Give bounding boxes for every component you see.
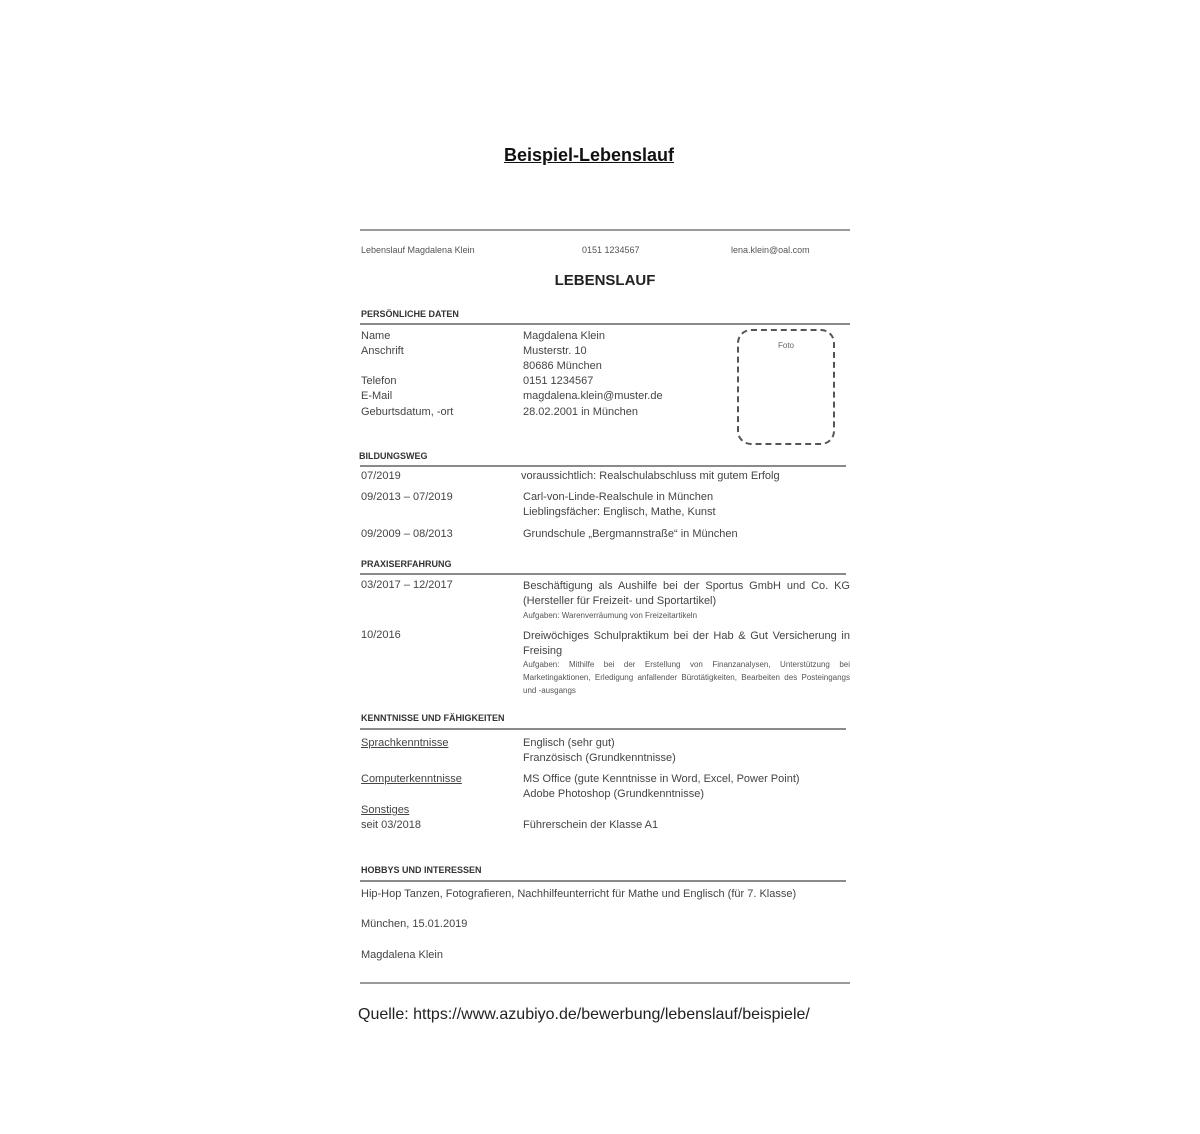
education-text: voraussichtlich: Realschulabschluss mit … xyxy=(521,470,780,482)
computer-item: MS Office (gute Kenntnisse in Word, Exce… xyxy=(523,773,800,785)
education-text: Carl-von-Linde-Realschule in München xyxy=(523,491,713,503)
label-address: Anschrift xyxy=(361,345,404,357)
photo-placeholder: Foto xyxy=(737,329,835,445)
label-name: Name xyxy=(361,330,390,342)
education-text: Grundschule „Bergmannstraße“ in München xyxy=(523,528,738,540)
value-street: Musterstr. 10 xyxy=(523,345,587,357)
value-city: 80686 München xyxy=(523,360,602,372)
language-item: Französisch (Grundkenntnisse) xyxy=(523,752,676,764)
label-computer: Computerkenntnisse xyxy=(361,773,462,785)
experience-text: Beschäftigung als Aushilfe bei der Sport… xyxy=(523,579,850,609)
header-name: Lebenslauf Magdalena Klein xyxy=(361,245,475,255)
education-date: 07/2019 xyxy=(361,470,401,482)
source-citation: Quelle: https://www.azubiyo.de/bewerbung… xyxy=(358,1006,810,1024)
bottom-divider xyxy=(360,982,850,984)
value-name: Magdalena Klein xyxy=(523,330,605,342)
section-divider xyxy=(360,465,846,467)
header-phone: 0151 1234567 xyxy=(582,245,640,255)
section-divider xyxy=(360,323,850,325)
section-title-skills: KENNTNISSE UND FÄHIGKEITEN xyxy=(361,713,505,723)
section-title-education: BILDUNGSWEG xyxy=(359,451,428,461)
value-phone: 0151 1234567 xyxy=(523,375,593,387)
section-title-personal: PERSÖNLICHE DATEN xyxy=(361,309,459,319)
label-languages: Sprachkenntnisse xyxy=(361,737,448,749)
top-divider xyxy=(360,229,850,231)
experience-tasks: Aufgaben: Warenverräumung von Freizeitar… xyxy=(523,609,850,622)
language-item: Englisch (sehr gut) xyxy=(523,737,615,749)
value-birth: 28.02.2001 in München xyxy=(523,406,638,418)
computer-item: Adobe Photoshop (Grundkenntnisse) xyxy=(523,788,704,800)
section-divider xyxy=(360,573,846,575)
page-title: Beispiel-Lebenslauf xyxy=(0,145,1178,166)
value-email: magdalena.klein@muster.de xyxy=(523,390,663,402)
hobbies-text: Hip-Hop Tanzen, Fotografieren, Nachhilfe… xyxy=(361,888,796,900)
section-divider xyxy=(360,880,846,882)
label-other: Sonstiges xyxy=(361,804,409,816)
label-email: E-Mail xyxy=(361,390,392,402)
experience-date: 10/2016 xyxy=(361,629,401,641)
header-email: lena.klein@oal.com xyxy=(731,245,810,255)
experience-tasks: Aufgaben: Mithilfe bei der Erstellung vo… xyxy=(523,658,850,697)
experience-text: Dreiwöchiges Schulpraktikum bei der Hab … xyxy=(523,629,850,659)
section-title-experience: PRAXISERFAHRUNG xyxy=(361,559,452,569)
experience-date: 03/2017 – 12/2017 xyxy=(361,579,453,591)
document-title: LEBENSLAUF xyxy=(0,272,1200,289)
education-text: Lieblingsfächer: Englisch, Mathe, Kunst xyxy=(523,506,716,518)
education-date: 09/2009 – 08/2013 xyxy=(361,528,453,540)
label-phone: Telefon xyxy=(361,375,396,387)
section-divider xyxy=(360,728,846,730)
place-date: München, 15.01.2019 xyxy=(361,918,467,930)
label-birth: Geburtsdatum, -ort xyxy=(361,406,453,418)
photo-label: Foto xyxy=(739,341,833,350)
education-date: 09/2013 – 07/2019 xyxy=(361,491,453,503)
signature: Magdalena Klein xyxy=(361,949,443,961)
section-title-hobbies: HOBBYS UND INTERESSEN xyxy=(361,865,482,875)
other-value: Führerschein der Klasse A1 xyxy=(523,819,658,831)
other-date: seit 03/2018 xyxy=(361,819,421,831)
